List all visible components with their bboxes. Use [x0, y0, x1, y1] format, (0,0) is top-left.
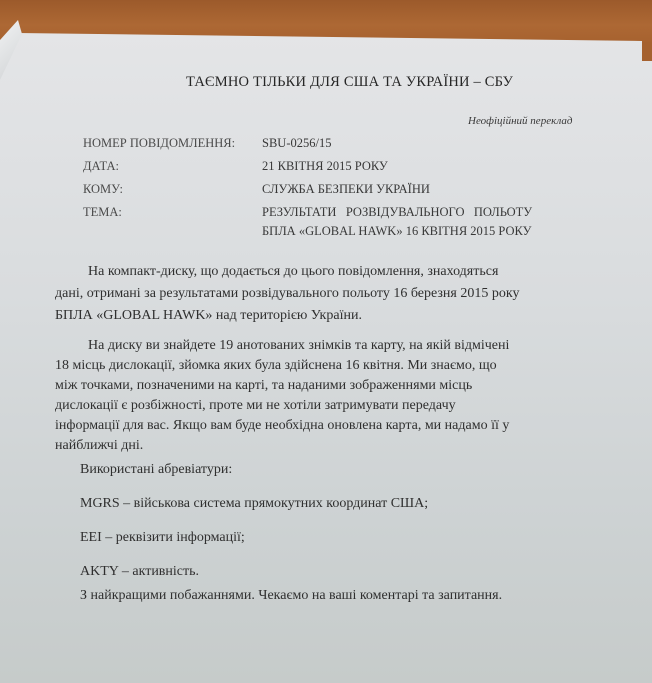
- subject-label: ТЕМА:: [83, 205, 122, 220]
- message-number-value: SBU-0256/15: [262, 136, 331, 151]
- abbreviation-eei: EEI – реквізити інформації;: [80, 530, 245, 546]
- translation-note: Неофіційний переклад: [468, 115, 572, 127]
- paragraph1-line1: На компакт-диску, що додається до цього …: [88, 264, 498, 280]
- paragraph1-line3: БПЛА «GLOBAL HAWK» над територією Україн…: [55, 308, 362, 324]
- paragraph2-line5: інформації для вас. Якщо вам буде необхі…: [55, 418, 509, 434]
- subject-value-line1: РЕЗУЛЬТАТИ РОЗВІДУВАЛЬНОГО ПОЛЬОТУ: [262, 205, 532, 220]
- classification-header: ТАЄМНО ТІЛЬКИ ДЛЯ США ТА УКРАЇНИ – СБУ: [186, 74, 513, 91]
- closing-line: З найкращими побажаннями. Чекаємо на ваш…: [80, 588, 502, 604]
- date-label: ДАТА:: [83, 159, 119, 174]
- paragraph1-line2: дані, отримані за результатами розвідува…: [55, 286, 519, 302]
- subject-value-line2: БПЛА «GLOBAL HAWK» 16 КВІТНЯ 2015 РОКУ: [262, 224, 531, 239]
- recipient-value: СЛУЖБА БЕЗПЕКИ УКРАЇНИ: [262, 182, 430, 197]
- abbreviations-heading: Використані абревіатури:: [80, 462, 232, 478]
- abbreviation-mgrs: MGRS – військова система прямокутних коо…: [80, 496, 428, 512]
- paragraph2-line6: найближчі дні.: [55, 438, 143, 454]
- message-number-label: НОМЕР ПОВІДОМЛЕННЯ:: [83, 136, 235, 151]
- date-value: 21 КВІТНЯ 2015 РОКУ: [262, 159, 388, 174]
- paragraph2-line4: дислокації є розбіжності, проте ми не хо…: [55, 398, 456, 414]
- paragraph2-line3: між точками, позначеними на карті, та на…: [55, 378, 472, 394]
- abbreviation-akty: AKTY – активність.: [80, 564, 199, 580]
- paragraph2-line1: На диску ви знайдете 19 анотованих знімк…: [88, 338, 509, 354]
- paragraph2-line2: 18 місць дислокації, зйомка яких була зд…: [55, 358, 497, 374]
- recipient-label: КОМУ:: [83, 182, 123, 197]
